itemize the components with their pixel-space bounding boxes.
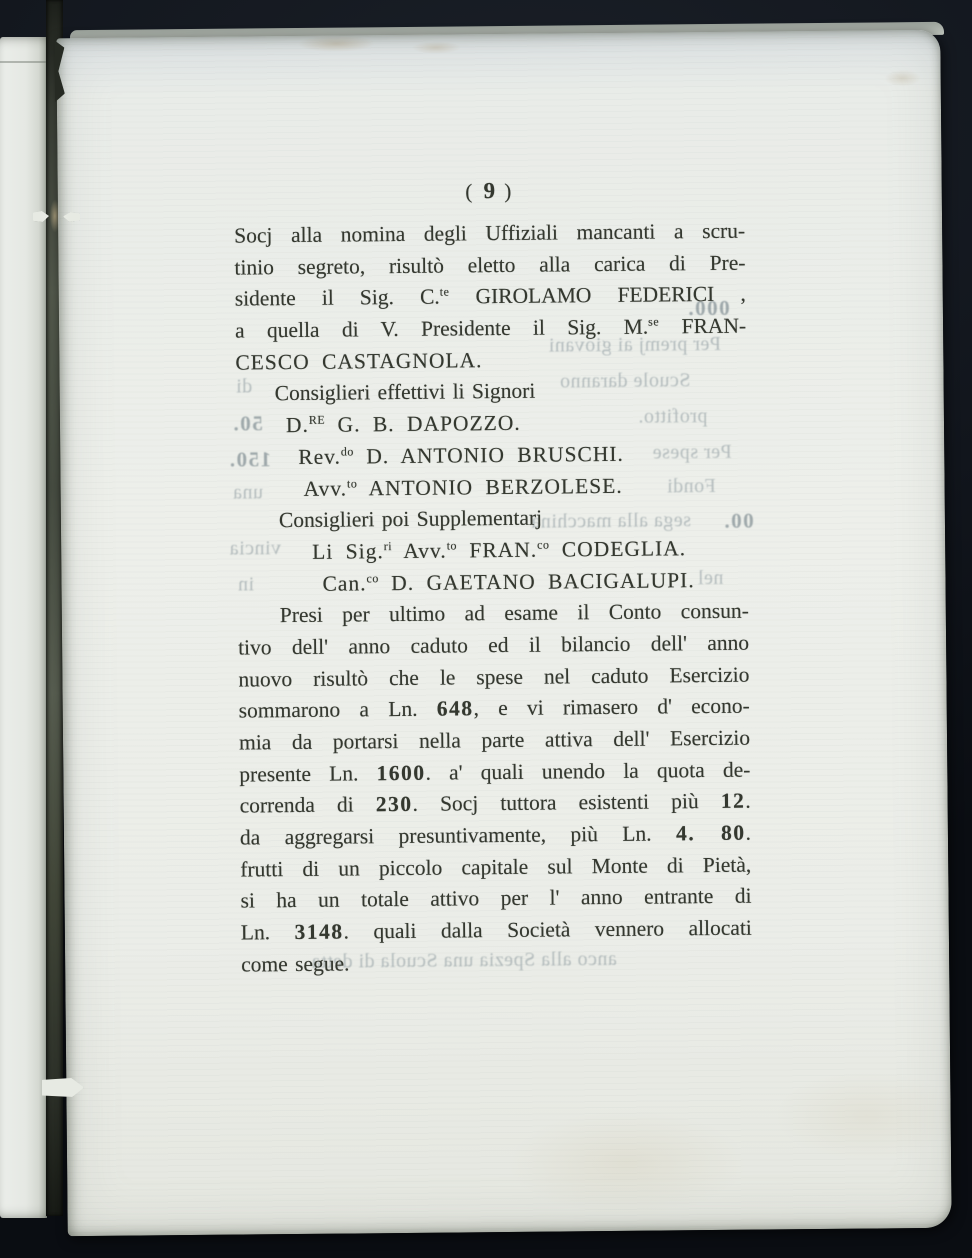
text-line: frutti di un piccolo capitale sul Monte …: [240, 849, 751, 886]
text-line: si ha un totale attivo per l' anno entra…: [240, 881, 751, 918]
text-line: Socj alla nomina degli Uffiziali mancant…: [234, 216, 745, 253]
text-line: Li Sig.ri Avv.to FRAN.co CODEGLIA.: [237, 533, 748, 570]
text-line: Ln. 3148. quali dalla Società vennero al…: [241, 913, 752, 950]
text-line: CESCO CASTAGNOLA.: [235, 342, 746, 379]
text-line: presente Ln. 1600. a' quali unendo la qu…: [239, 754, 750, 791]
text-line: Can.co D. GAETANO BACIGALUPI.: [237, 564, 748, 601]
text-line: a quella di V. Presidente il Sig. M.se F…: [235, 311, 746, 348]
text-line: come segue.: [241, 944, 752, 981]
text-line: sidente il Sig. C.te GIROLAMO FEDERICI ,: [235, 279, 746, 316]
scan-background: 000.Per premj ai giovaniScuole darannodi…: [0, 0, 972, 1258]
text-line: mia da portarsi nella parte attiva dell'…: [239, 723, 750, 760]
text-line: Consiglieri effettivi li Signori: [236, 374, 747, 411]
book-page: 000.Per premj ai giovaniScuole darannodi…: [56, 30, 951, 1236]
text-line: nuovo risultò che le spese nel caduto Es…: [238, 659, 749, 696]
text-line: sommarono a Ln. 648, e vi rimasero d' ec…: [239, 691, 750, 728]
page-text: ( 9 )Socj alla nomina degli Uffiziali ma…: [234, 169, 753, 981]
text-line: correnda di 230. Socj tuttora esistenti …: [240, 786, 751, 823]
text-line: tivo dell' anno caduto ed il bilancio de…: [238, 628, 749, 665]
text-line: Avv.to ANTONIO BERZOLESE.: [236, 469, 747, 506]
text-line: tinio segreto, risultò eletto alla caric…: [234, 247, 745, 284]
text-line: Presi per ultimo ad esame il Conto consu…: [238, 596, 749, 633]
page-tear-notch: [54, 40, 65, 102]
page-number: ( 9 ): [234, 169, 745, 221]
text-line: Consiglieri poi Supplementarj: [237, 501, 748, 538]
text-line: da aggregarsi presuntivamente, più Ln. 4…: [240, 818, 751, 855]
text-line: Rev.do D. ANTONIO BRUSCHI.: [236, 437, 747, 474]
text-line: D.RE G. B. DAPOZZO.: [236, 406, 747, 443]
